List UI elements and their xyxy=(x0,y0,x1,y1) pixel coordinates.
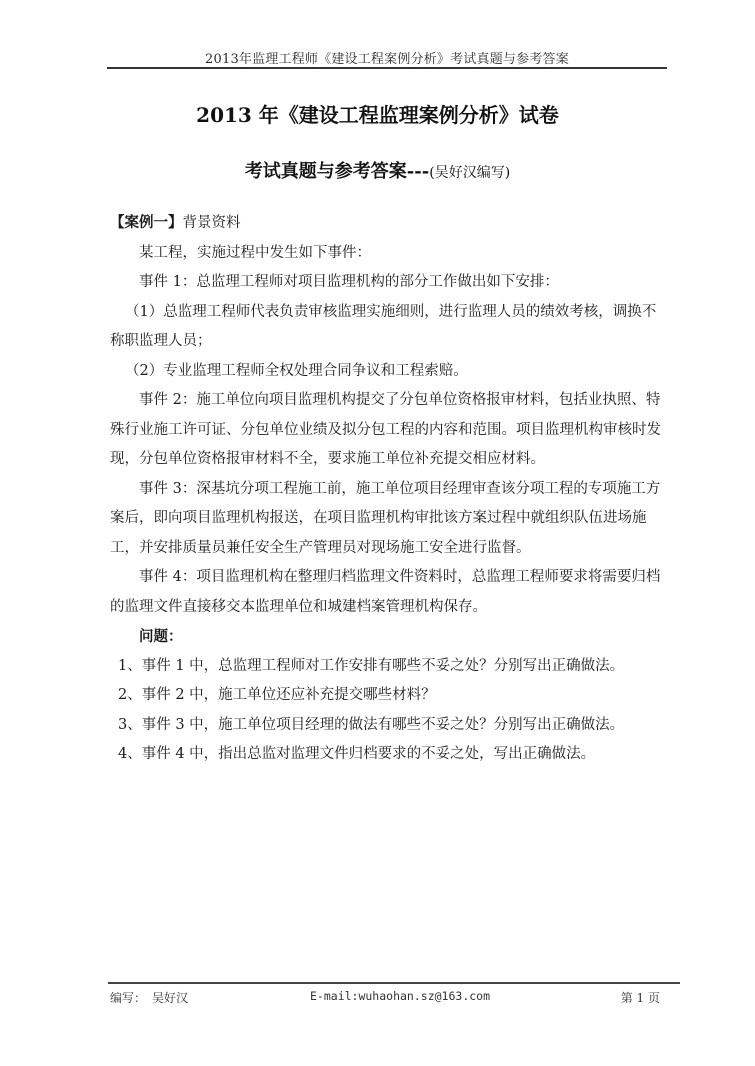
event-2: 事件 2：施工单位向项目监理机构提交了分包单位资格报审材料，包括业执照、特殊行业… xyxy=(110,386,670,475)
event-1: 事件 1：总监理工程师对项目监理机构的部分工作做出如下安排： xyxy=(110,268,670,298)
question-3: 3、事件 3 中，施工单位项目经理的做法有哪些不妥之处？分别写出正确做法。 xyxy=(110,711,670,741)
event-4: 事件 4：项目监理机构在整理归档监理文件资料时，总监理工程师要求将需要归档的监理… xyxy=(110,563,670,622)
case-label: 【案例一】 xyxy=(110,214,183,231)
case-heading: 【案例一】背景资料 xyxy=(110,208,670,239)
question-4: 4、事件 4 中，指出总监对监理文件归档要求的不妥之处，写出正确做法。 xyxy=(110,740,670,770)
running-header: 2013年监理工程师《建设工程案例分析》考试真题与参考答案 xyxy=(107,48,667,67)
document-title: 2013 年《建设工程监理案例分析》试卷 xyxy=(0,99,755,128)
event-3: 事件 3：深基坑分项工程施工前，施工单位项目经理审查该分项工程的专项施工方案后，… xyxy=(110,475,670,564)
author-note: (吴好汉编写) xyxy=(429,165,510,181)
subtitle-text: 考试真题与参考答案--- xyxy=(245,161,429,182)
footer-divider xyxy=(108,982,680,984)
page-number: 第 1 页 xyxy=(621,989,660,1006)
document-subtitle: 考试真题与参考答案---(吴好汉编写) xyxy=(0,157,755,183)
footer-email: E-mail:wuhaohan.sz@163.com xyxy=(310,989,490,1003)
header-divider xyxy=(107,67,667,69)
questions-heading: 问题： xyxy=(110,622,670,652)
event-1-item-2: （2）专业监理工程师全权处理合同争议和工程索赔。 xyxy=(110,357,670,387)
event-1-item-1: （1）总监理工程师代表负责审核监理实施细则，进行监理人员的绩效考核，调换不称职监… xyxy=(110,298,670,357)
question-1: 1、事件 1 中，总监理工程师对工作安排有哪些不妥之处？分别写出正确做法。 xyxy=(110,652,670,682)
footer-editor: 编写： 吴好汉 xyxy=(110,989,188,1006)
case-label-suffix: 背景资料 xyxy=(183,215,241,231)
question-2: 2、事件 2 中，施工单位还应补充提交哪些材料？ xyxy=(110,681,670,711)
case-intro: 某工程，实施过程中发生如下事件： xyxy=(110,239,670,269)
document-body: 【案例一】背景资料 某工程，实施过程中发生如下事件： 事件 1：总监理工程师对项… xyxy=(110,208,670,770)
